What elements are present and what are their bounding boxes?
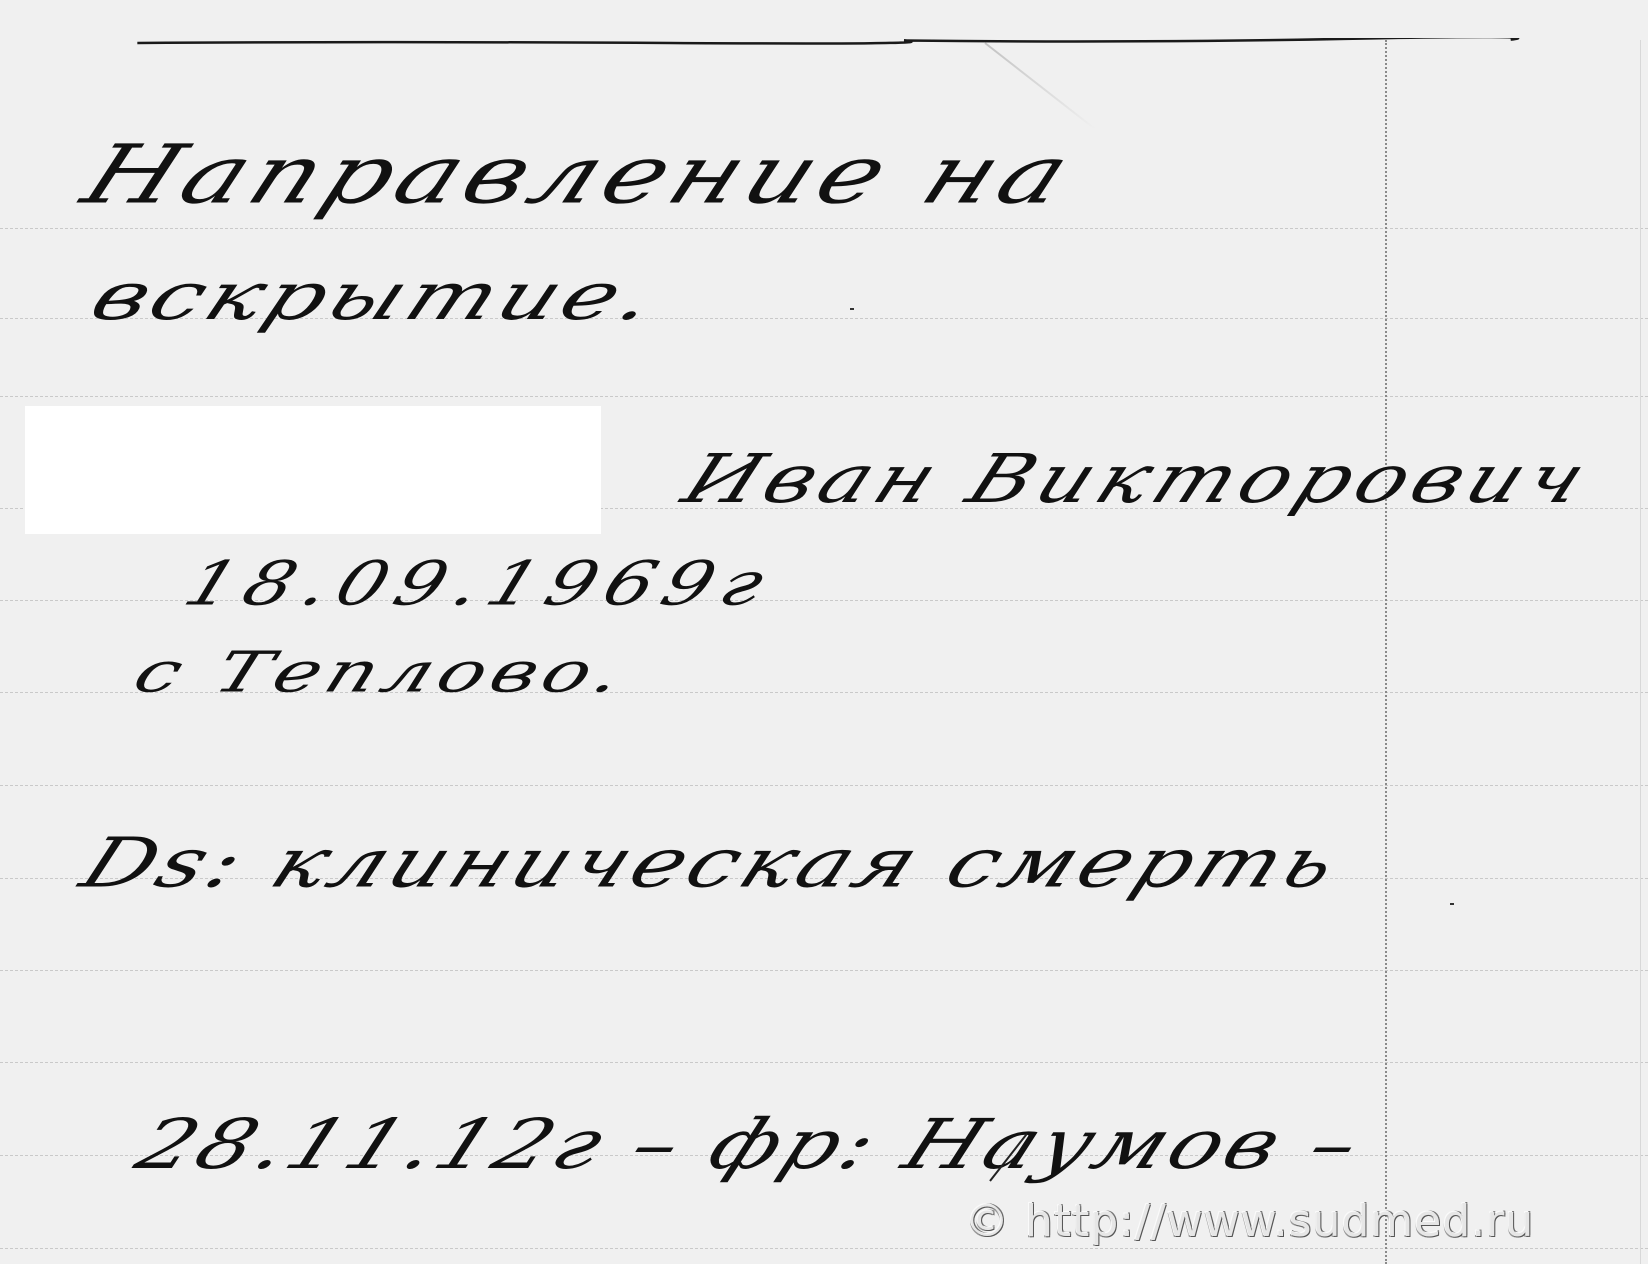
ruled-line: [0, 785, 1648, 786]
ruled-line: [0, 1248, 1648, 1249]
redaction-box: [25, 406, 601, 534]
date-and-signature: 28.11.12г – фр: Наумов –: [125, 1105, 1376, 1185]
sheet-right-edge: [1640, 40, 1641, 1264]
margin-line: [1385, 40, 1387, 1264]
ruled-line: [0, 228, 1648, 229]
watermark: © http://www.sudmed.ru: [965, 1196, 1534, 1247]
birth-date: 18.09.1969г: [175, 548, 784, 619]
ink-dot: [1450, 903, 1454, 905]
ruled-line: [0, 970, 1648, 971]
ruled-line: [0, 1062, 1648, 1063]
title-line-1: Направление на: [70, 127, 1090, 222]
paper-crease: [984, 42, 1096, 130]
ink-dot: [850, 308, 854, 310]
diagnosis: Ds: клиническая смерть: [70, 823, 1353, 903]
paper-sheet: Направление на вскрытие. Иван Викторович…: [0, 0, 1648, 1264]
place-of-residence: с Тепловo.: [125, 640, 638, 705]
sheet-top-edge: [0, 38, 1648, 48]
ruled-line: [0, 396, 1648, 397]
patient-name: Иван Викторович: [672, 440, 1604, 518]
title-line-2: вскрытие.: [80, 258, 671, 335]
